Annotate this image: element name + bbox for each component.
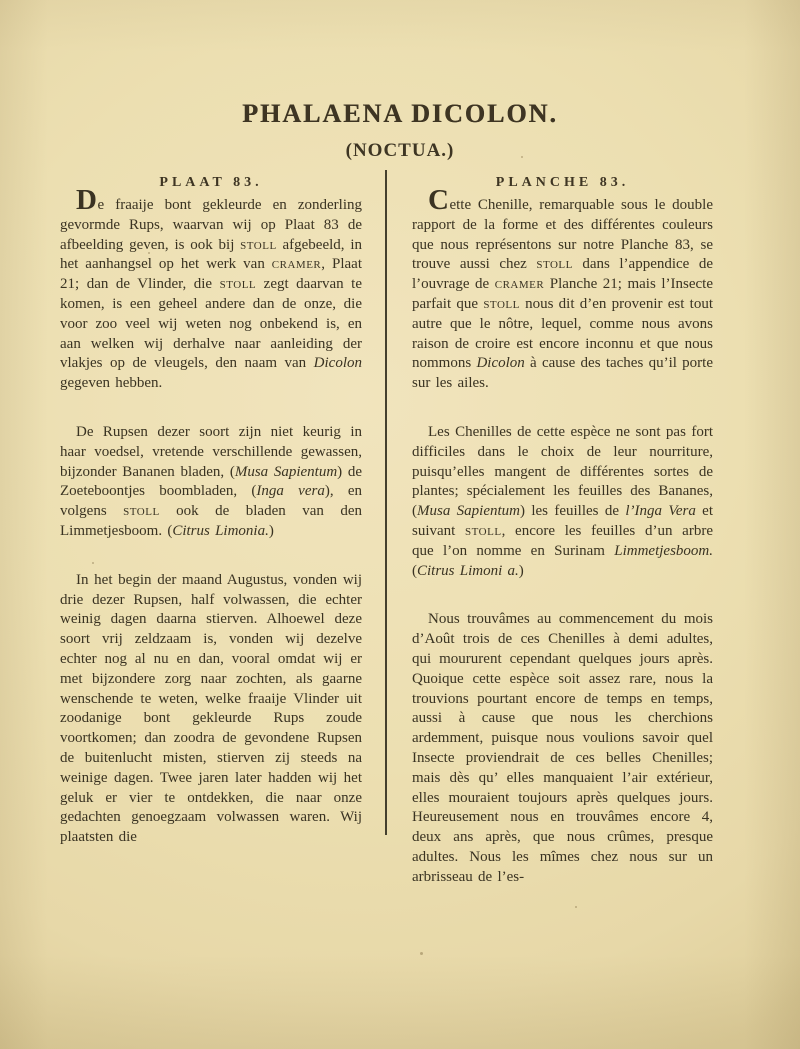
author-name: stoll [220,276,257,292]
paper-speck [148,252,150,254]
text-run: gegeven hebben. [60,375,162,391]
column-divider-rule [385,170,387,835]
paper-speck [702,322,704,324]
species-name: Inga vera [256,483,324,499]
species-name: Citrus Limoni a. [417,563,519,579]
author-name: cramer [272,256,321,272]
author-name: stoll [123,503,160,519]
paper-speck [575,906,577,908]
species-name: l’Inga Vera [625,503,696,519]
author-name: stoll [536,256,573,272]
text-run: Nous trouvâmes au commencement du mois d… [412,611,713,884]
page-title: PHALAENA DICOLON. [0,99,800,129]
left-column-text: De fraaije bont gekleurde en zonderling … [60,196,362,848]
page-subtitle: (NOCTUA.) [0,140,800,162]
left-column-header: PLAAT 83. [60,175,362,191]
paragraph: Nous trouvâmes au commencement du mois d… [412,610,713,887]
text-run: ) les feuilles de [520,503,625,519]
right-column-text: Cette Chenille, remarquable sous le doub… [412,196,713,888]
species-name: Musa Sapientum [417,503,520,519]
paper-speck [420,952,423,955]
paper-speck [521,156,523,158]
initial-capital: C [428,184,449,216]
species-name: Citrus Limonia. [172,523,269,539]
right-column-header: PLANCHE 83. [412,175,713,191]
species-name: Dicolon [314,355,362,371]
paragraph: De Rupsen dezer soort zijn niet keurig i… [60,423,362,542]
author-name: stoll [465,523,502,539]
initial-capital: D [76,184,97,216]
author-name: cramer [495,276,544,292]
species-name: Limmetjesboom. [614,543,713,559]
paragraph: In het begin der maand Augustus, vonden … [60,571,362,848]
text-run: ) [269,523,274,539]
paragraph: Cette Chenille, remarquable sous le doub… [412,196,713,394]
paragraph: Les Chenilles de cette espèce ne sont pa… [412,423,713,581]
author-name: stoll [240,237,277,253]
text-run: ) [519,563,524,579]
paper-speck [92,562,94,564]
paragraph: De fraaije bont gekleurde en zonderling … [60,196,362,394]
book-page: PHALAENA DICOLON. (NOCTUA.) PLAAT 83. PL… [0,0,800,1049]
author-name: stoll [483,296,520,312]
species-name: Dicolon [476,355,524,371]
text-run: In het begin der maand Augustus, vonden … [60,572,362,845]
species-name: Musa Sapientum [235,464,337,480]
